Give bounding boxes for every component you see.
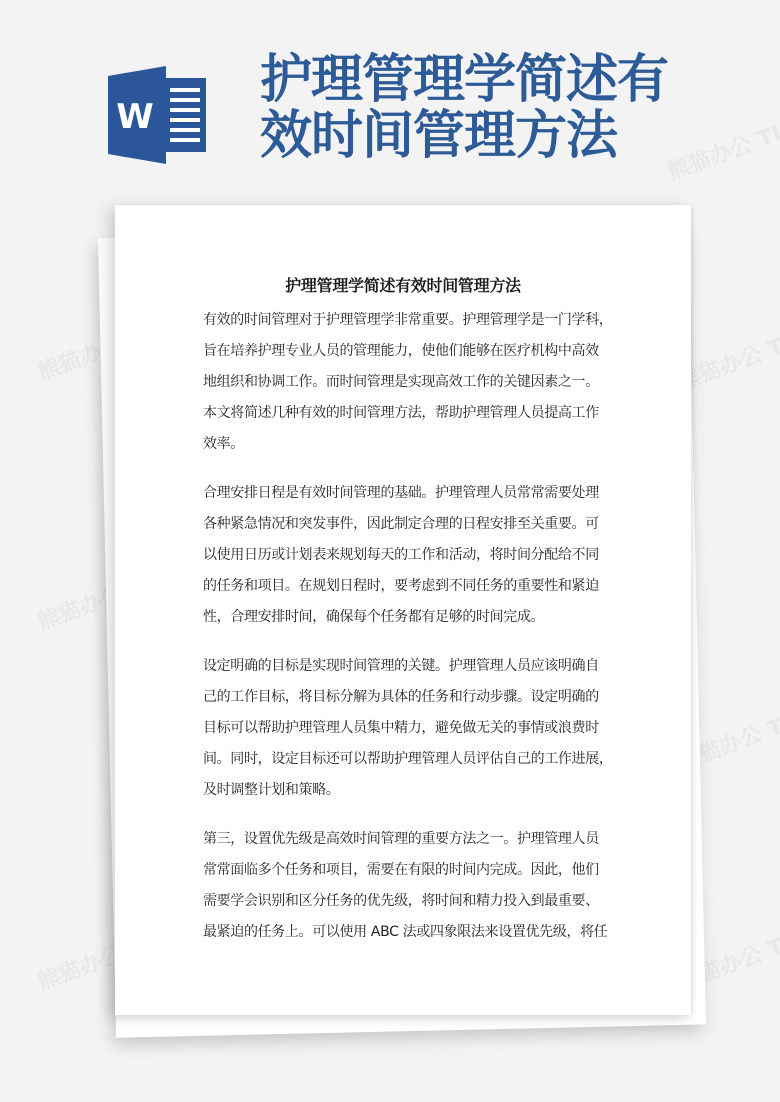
- paragraph-schedule: 合理安排日程是有效时间管理的基础。护理管理人员常常需要处理 各种紧急情况和突发事…: [203, 478, 608, 633]
- text-line: 己的工作目标，将目标分解为具体的任务和行动步骤。设定明确的: [203, 682, 608, 713]
- text-line: 的任务和项目。在规划日程时，要考虑到不同任务的重要性和紧迫: [203, 571, 608, 602]
- text-line: 旨在培养护理专业人员的管理能力，使他们能够在医疗机构中高效: [203, 336, 608, 367]
- text-line: 有效的时间管理对于护理管理学非常重要。护理管理学是一门学科，: [203, 305, 608, 336]
- text-line: 设定明确的目标是实现时间管理的关键。护理管理人员应该明确自: [203, 651, 608, 682]
- cover-title: 护理管理学简述有 效时间管理方法: [260, 52, 700, 164]
- word-document-icon: W: [108, 66, 208, 164]
- text-line: 合理安排日程是有效时间管理的基础。护理管理人员常常需要处理: [203, 478, 608, 509]
- text-line: 本文将简述几种有效的时间管理方法，帮助护理管理人员提高工作: [203, 398, 608, 429]
- text-line: 效率。: [203, 429, 608, 460]
- document-body: 有效的时间管理对于护理管理学非常重要。护理管理学是一门学科， 旨在培养护理专业人…: [203, 305, 608, 966]
- cover-title-line-1: 护理管理学简述有: [260, 52, 700, 108]
- document-heading: 护理管理学简述有效时间管理方法: [115, 273, 691, 296]
- text-line: 性，合理安排时间，确保每个任务都有足够的时间完成。: [203, 602, 608, 633]
- text-line: 目标可以帮助护理管理人员集中精力，避免做无关的事情或浪费时: [203, 713, 608, 744]
- paragraph-goals: 设定明确的目标是实现时间管理的关键。护理管理人员应该明确自 己的工作目标，将目标…: [203, 651, 608, 806]
- text-line: 各种紧急情况和突发事件，因此制定合理的日程安排至关重要。可: [203, 509, 608, 540]
- paragraph-priority: 第三，设置优先级是高效时间管理的重要方法之一。护理管理人员 常常面临多个任务和项…: [203, 824, 608, 948]
- text-line: 第三，设置优先级是高效时间管理的重要方法之一。护理管理人员: [203, 824, 608, 855]
- text-line: 需要学会识别和区分任务的优先级，将时间和精力投入到最重要、: [203, 886, 608, 917]
- text-line: 最紧迫的任务上。可以使用 ABC 法或四象限法来设置优先级，将任: [203, 917, 608, 948]
- text-line: 间。同时，设定目标还可以帮助护理管理人员评估自己的工作进展，: [203, 744, 608, 775]
- cover-title-line-2: 效时间管理方法: [260, 108, 700, 164]
- paragraph-intro: 有效的时间管理对于护理管理学非常重要。护理管理学是一门学科， 旨在培养护理专业人…: [203, 305, 608, 460]
- text-line: 地组织和协调工作。而时间管理是实现高效工作的关键因素之一。: [203, 367, 608, 398]
- document-page: 护理管理学简述有效时间管理方法 有效的时间管理对于护理管理学非常重要。护理管理学…: [115, 205, 691, 1015]
- text-line: 以使用日历或计划表来规划每天的工作和活动，将时间分配给不同: [203, 540, 608, 571]
- text-line: 常常面临多个任务和项目，需要在有限的时间内完成。因此，他们: [203, 855, 608, 886]
- text-line: 及时调整计划和策略。: [203, 775, 608, 806]
- svg-text:W: W: [116, 97, 154, 137]
